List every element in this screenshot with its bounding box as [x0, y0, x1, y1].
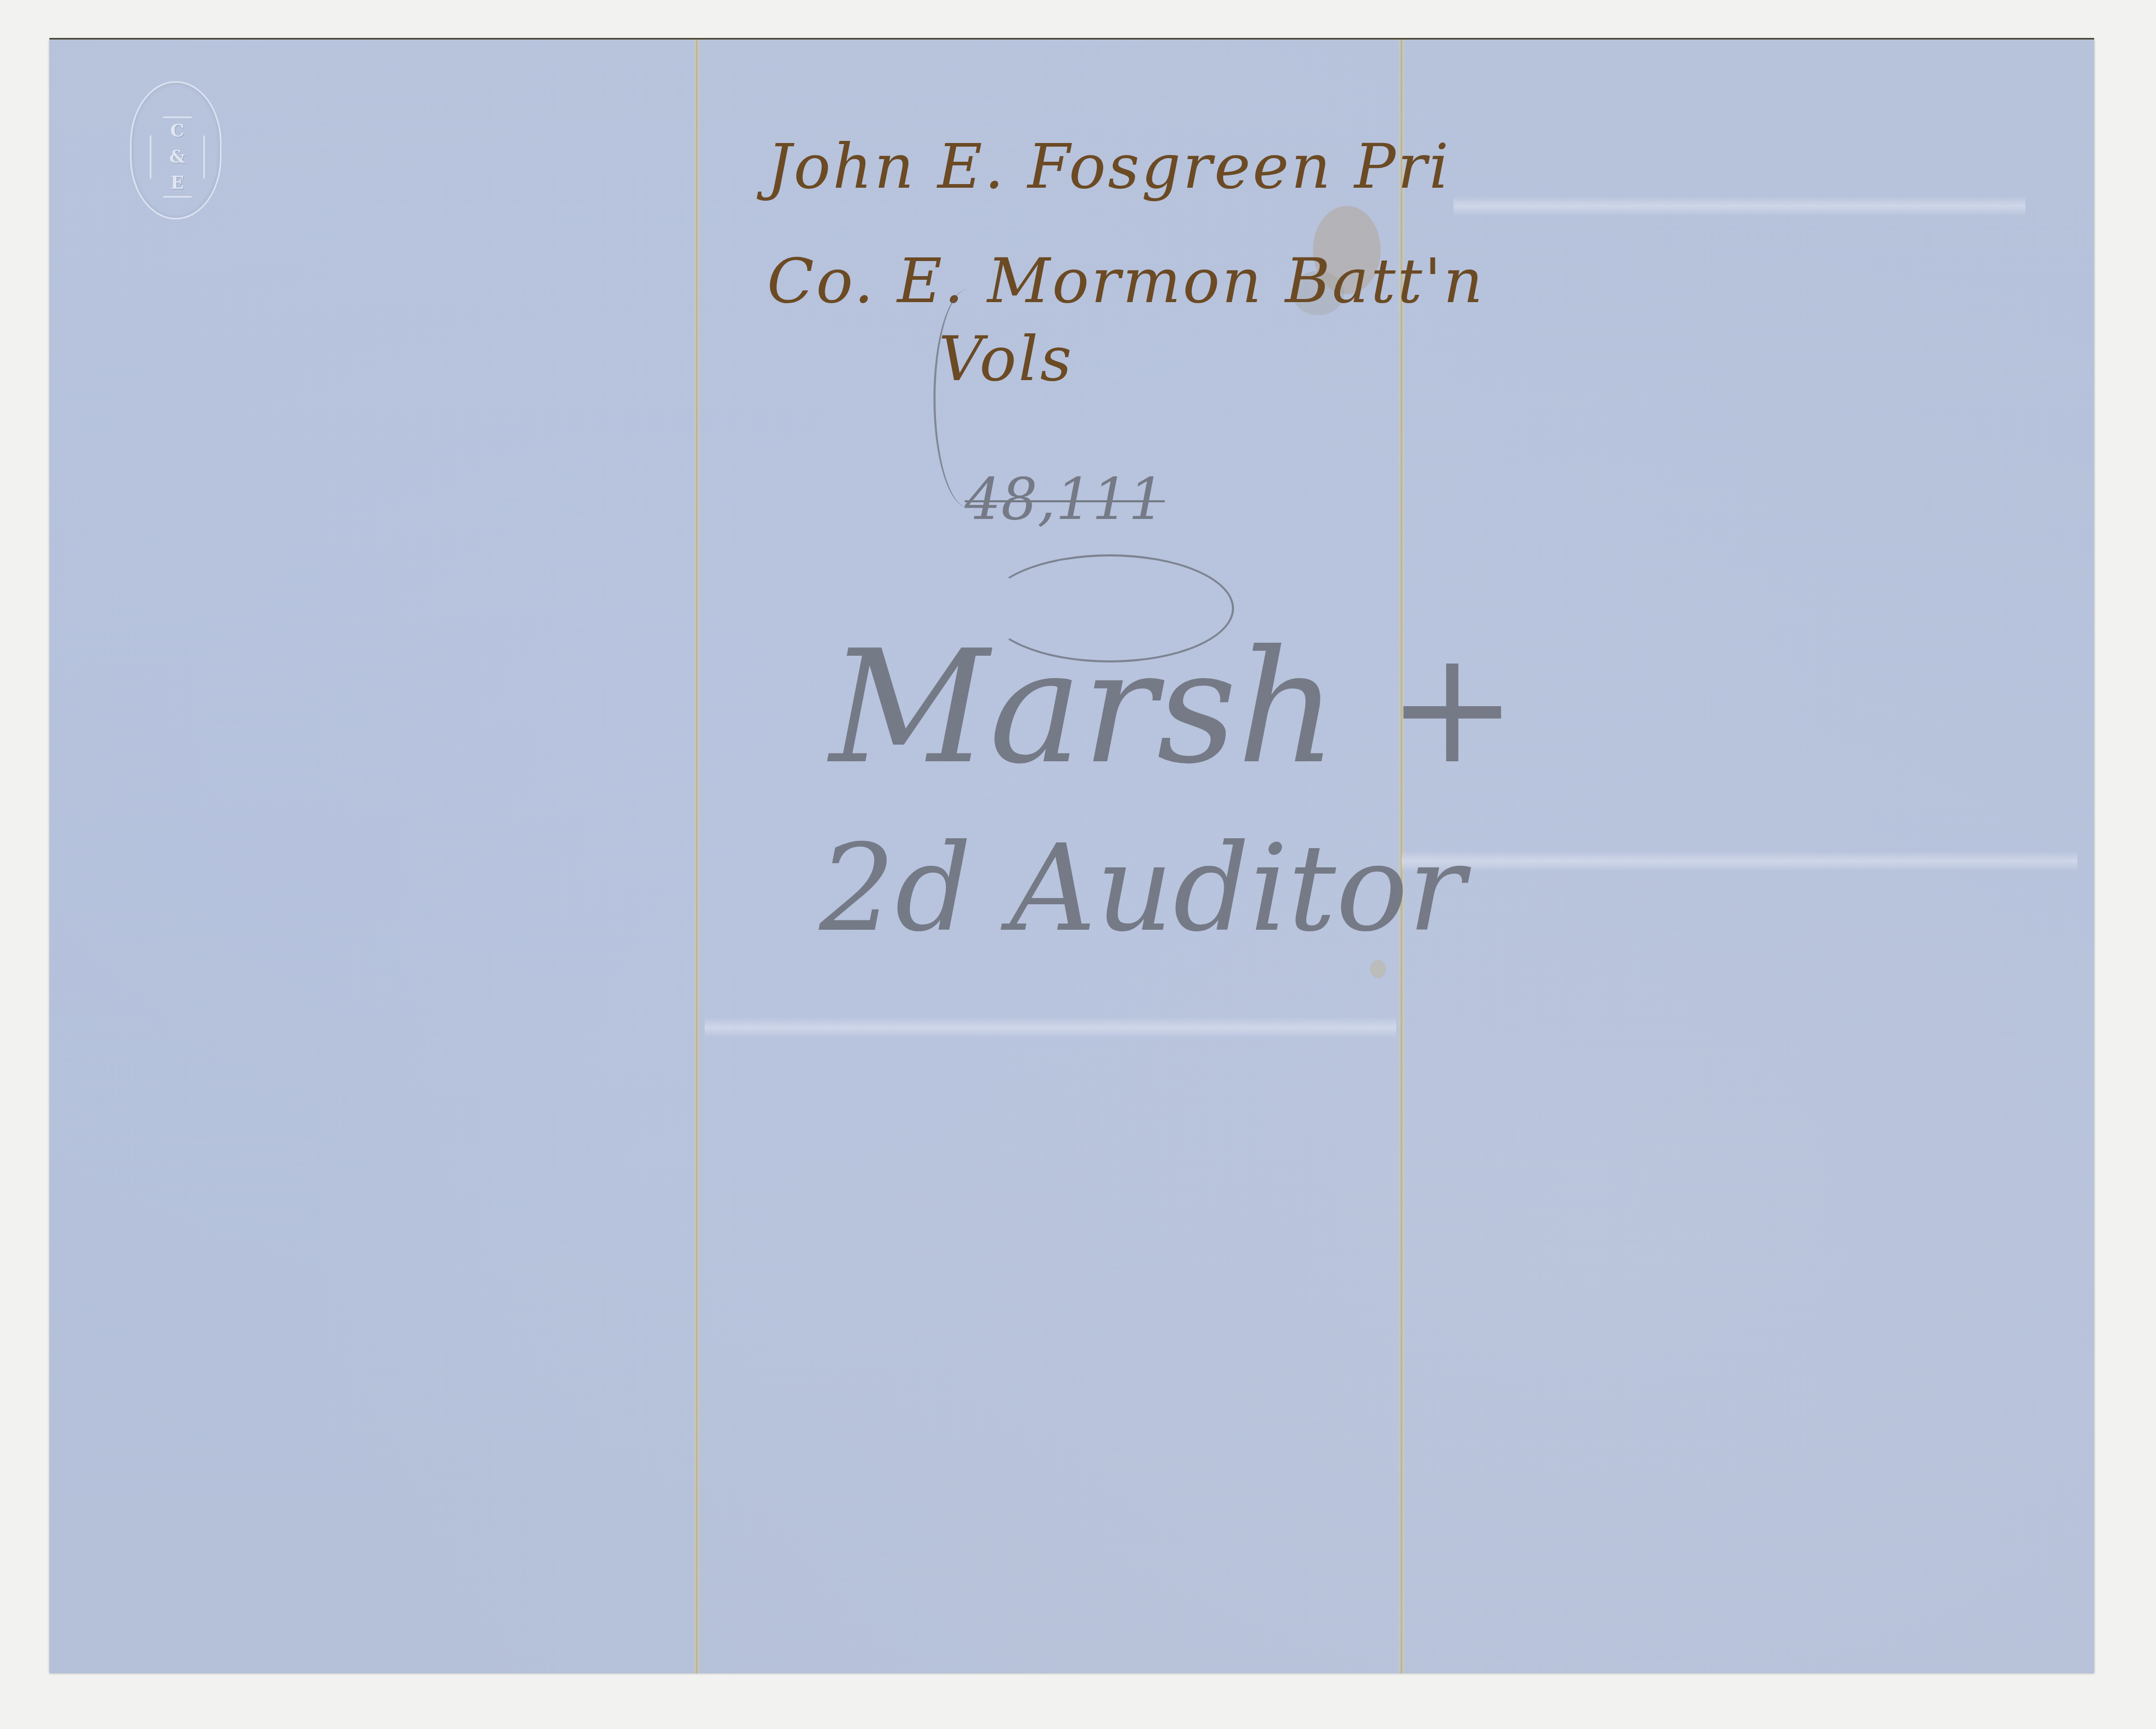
- document-sheet: C & E John E. Fosgreen Pri Co. E. Mormon…: [49, 40, 2094, 1673]
- fold-line-left: [693, 40, 700, 1673]
- foxing-spot: [1370, 960, 1386, 978]
- seal-letter: &: [170, 147, 186, 167]
- docket-line-name: John E. Fosgreen Pri: [767, 131, 1451, 202]
- pencil-note-auditor: 2d Auditor: [819, 820, 1465, 958]
- seal-letter: E: [171, 173, 184, 193]
- paper-crease: [1453, 196, 2025, 216]
- paper-crease: [1401, 851, 2077, 872]
- paper-crease: [705, 1017, 1396, 1038]
- docket-line-company: Co. E. Mormon Batt'n: [767, 245, 1485, 317]
- embossed-seal-icon: C & E: [130, 81, 222, 219]
- file-number: 48,111: [965, 466, 1165, 532]
- seal-letter: C: [170, 121, 184, 141]
- pencil-note-marsh: Marsh +: [829, 617, 1517, 798]
- embossed-seal-letters: C & E: [150, 116, 205, 198]
